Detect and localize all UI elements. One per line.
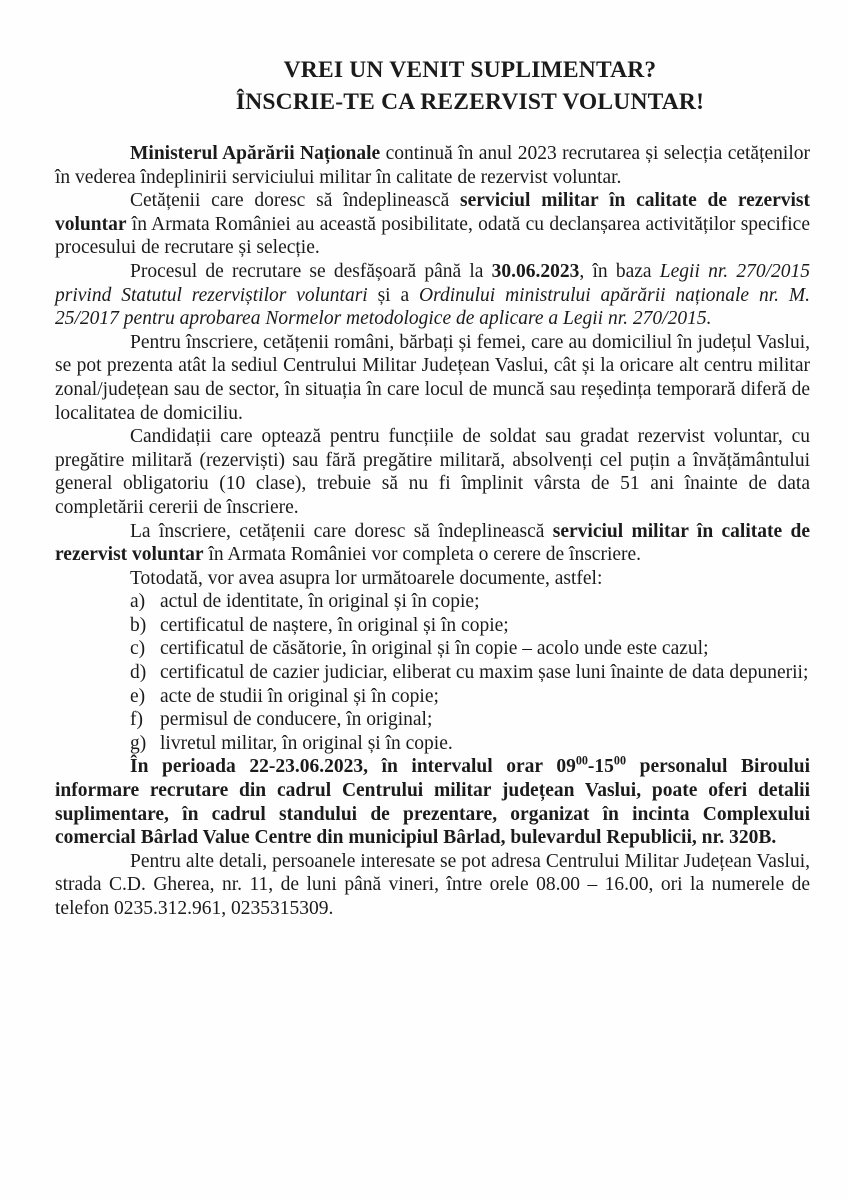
text-run: Totodată, vor avea asupra lor următoarel… <box>130 568 602 589</box>
document-title: VREI UN VENIT SUPLIMENTAR? ÎNSCRIE-TE CA… <box>130 54 810 118</box>
list-marker: c) <box>130 637 160 661</box>
text-run: în Armata României vor completa o cerere… <box>204 544 641 565</box>
text-run: Pentru înscriere, cetățenii români, bărb… <box>55 332 810 424</box>
paragraph: Ministerul Apărării Naționale continuă î… <box>55 142 810 189</box>
list-marker: d) <box>130 661 160 685</box>
list-item: b)certificatul de naștere, în original ș… <box>160 614 810 638</box>
text-run: în Armata României au această posibilita… <box>55 214 810 259</box>
text-run: certificatul de naștere, în original și … <box>160 615 509 636</box>
text-run: acte de studii în original și în copie; <box>160 686 439 707</box>
paragraph: Cetățenii care doresc să îndeplinească s… <box>55 189 810 260</box>
paragraph: La înscriere, cetățenii care doresc să î… <box>55 520 810 567</box>
paragraph: Candidații care optează pentru funcțiile… <box>55 425 810 519</box>
list-marker: f) <box>130 708 160 732</box>
list-item: a)actul de identitate, în original și în… <box>160 590 810 614</box>
list-marker: g) <box>130 732 160 756</box>
text-run: , în baza <box>579 261 659 282</box>
paragraph: Procesul de recrutare se desfășoară până… <box>55 260 810 331</box>
document-page: VREI UN VENIT SUPLIMENTAR? ÎNSCRIE-TE CA… <box>0 0 848 1200</box>
text-run: certificatul de căsătorie, în original ș… <box>160 638 709 659</box>
list-item: g)livretul militar, în original și în co… <box>160 732 810 756</box>
list-item: e)acte de studii în original și în copie… <box>160 685 810 709</box>
paragraph: Totodată, vor avea asupra lor următoarel… <box>55 567 810 591</box>
text-run: Procesul de recrutare se desfășoară până… <box>130 261 492 282</box>
text-run: În perioada 22-23.06.2023, în intervalul… <box>130 756 576 777</box>
title-line-1: VREI UN VENIT SUPLIMENTAR? <box>130 54 810 86</box>
list-marker: e) <box>130 685 160 709</box>
list-item: d)certificatul de cazier judiciar, elibe… <box>160 661 810 685</box>
title-line-2: ÎNSCRIE-TE CA REZERVIST VOLUNTAR! <box>130 86 810 118</box>
text-run: și a <box>368 285 419 306</box>
text-run: certificatul de cazier judiciar, elibera… <box>160 662 808 683</box>
text-run: La înscriere, cetățenii care doresc să î… <box>130 521 553 542</box>
paragraph: Pentru alte detali, persoanele interesat… <box>55 850 810 921</box>
list-item: c)certificatul de căsătorie, în original… <box>160 637 810 661</box>
paragraph: În perioada 22-23.06.2023, în intervalul… <box>55 755 810 849</box>
text-run: 00 <box>614 754 626 768</box>
text-run: -15 <box>588 756 614 777</box>
document-body: Ministerul Apărării Naționale continuă î… <box>55 142 810 921</box>
text-run: Candidații care optează pentru funcțiile… <box>55 426 810 518</box>
text-run: Ministerul Apărării Naționale <box>130 143 380 164</box>
text-run: Cetățenii care doresc să îndeplinească <box>130 190 460 211</box>
paragraph: Pentru înscriere, cetățenii români, bărb… <box>55 331 810 425</box>
text-run: livretul militar, în original și în copi… <box>160 733 453 754</box>
list-marker: b) <box>130 614 160 638</box>
list-marker: a) <box>130 590 160 614</box>
text-run: permisul de conducere, în original; <box>160 709 432 730</box>
list-item: f)permisul de conducere, în original; <box>160 708 810 732</box>
text-run: 30.06.2023 <box>492 261 580 282</box>
text-run: 00 <box>576 754 588 768</box>
text-run: actul de identitate, în original și în c… <box>160 591 480 612</box>
text-run: Pentru alte detali, persoanele interesat… <box>55 851 810 919</box>
